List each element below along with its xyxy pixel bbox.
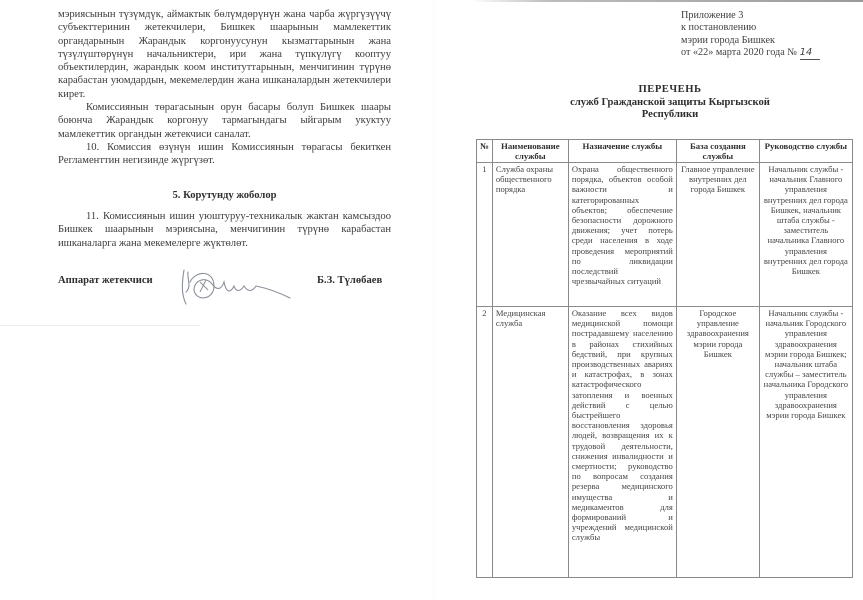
services-table: № Наименование службы Назначение службы … <box>476 139 853 578</box>
annex-line-3: мэрии города Бишкек <box>681 35 820 47</box>
cell-number: 2 <box>477 307 493 578</box>
header-name: Наименование службы <box>492 140 568 163</box>
left-body-text: мэриясынын түзүмдүк, аймактык бөлүмдөрүн… <box>58 8 391 168</box>
header-head: Руководство службы <box>759 140 852 163</box>
cell-number: 1 <box>477 163 493 307</box>
annex-header: Приложение 3 к постановлению мэрии город… <box>681 10 820 60</box>
signatory-position: Аппарат жетекчиси <box>58 275 153 286</box>
cell-name: Медицинская служба <box>492 307 568 578</box>
paragraph-continuation: мэриясынын түзүмдүк, аймактык бөлүмдөрүн… <box>58 8 391 101</box>
annex-number: 14 <box>800 47 820 60</box>
title-main: ПЕРЕЧЕНЬ <box>520 84 820 97</box>
cell-name: Служба охраны общественного порядка <box>492 163 568 307</box>
cell-base: Главное управление внутренних дел города… <box>676 163 759 307</box>
cell-purpose: Оказание всех видов медицинской помощи п… <box>568 307 676 578</box>
scan-edge-line <box>470 0 863 2</box>
paragraph-deputy: Комиссиянын төрагасынын орун басары болу… <box>58 101 391 141</box>
cell-head: Начальник службы - начальник Главного уп… <box>759 163 852 307</box>
cell-base: Городское управление здравоохранения мэр… <box>676 307 759 578</box>
left-final-text: 11. Комиссиянын ишин уюштуруу-техникалык… <box>58 210 391 250</box>
annex-date: от «22» марта 2020 года № <box>681 47 797 58</box>
header-purpose: Назначение службы <box>568 140 676 163</box>
annex-line-4: от «22» марта 2020 года № 14 <box>681 47 820 60</box>
table-header-row: № Наименование службы Назначение службы … <box>477 140 853 163</box>
annex-line-2: к постановлению <box>681 22 820 34</box>
table-row: 1 Служба охраны общественного порядка Ох… <box>477 163 853 307</box>
paragraph-10: 10. Комиссия өзүнүн ишин Комиссиянын төр… <box>58 141 391 168</box>
cell-purpose: Охрана общественного порядка, объектов о… <box>568 163 676 307</box>
document-title: ПЕРЕЧЕНЬ служб Гражданской защиты Кыргыз… <box>520 84 820 122</box>
title-line-3: Республики <box>520 109 820 122</box>
scan-fold-line <box>0 325 200 326</box>
cell-head: Начальник службы - начальник Городского … <box>759 307 852 578</box>
handwritten-signature-icon <box>178 262 308 312</box>
title-line-2: служб Гражданской защиты Кыргызской <box>520 97 820 110</box>
header-base: База создания службы <box>676 140 759 163</box>
signatory-name: Б.З. Түлөбаев <box>317 275 382 286</box>
table-row: 2 Медицинская служба Оказание всех видов… <box>477 307 853 578</box>
paragraph-11: 11. Комиссиянын ишин уюштуруу-техникалык… <box>58 210 391 250</box>
annex-line-1: Приложение 3 <box>681 10 820 22</box>
header-number: № <box>477 140 493 163</box>
section-title: 5. Корутунду жоболор <box>58 190 391 201</box>
